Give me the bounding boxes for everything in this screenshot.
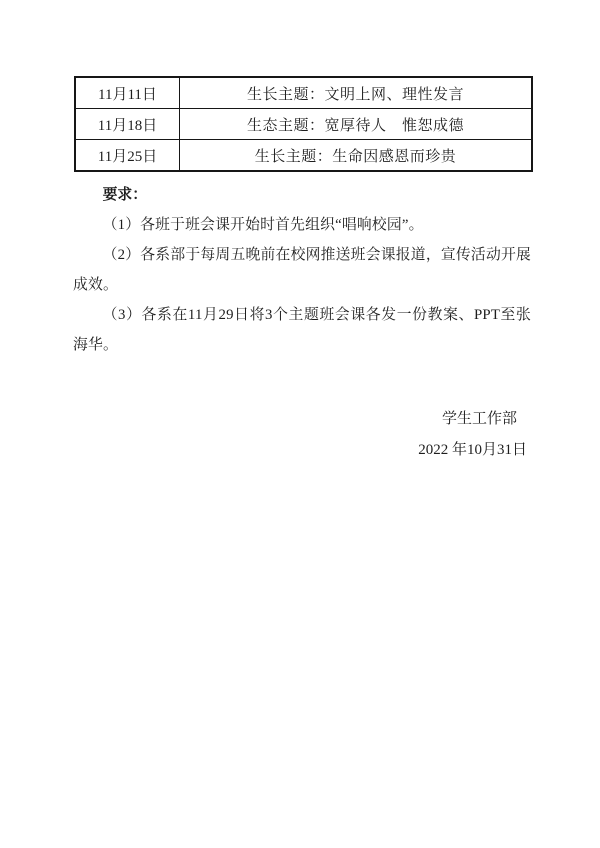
date-cell: 11月25日 xyxy=(76,140,180,170)
schedule-table: 11月11日 生长主题：文明上网、理性发言 11月18日 生态主题：宽厚待人 惟… xyxy=(74,76,533,172)
theme-cell: 生长主题：文明上网、理性发言 xyxy=(180,78,531,108)
theme-cell: 生长主题：生命因感恩而珍贵 xyxy=(180,140,531,170)
requirement-item: （1）各班于班会课开始时首先组织“唱响校园”。 xyxy=(73,210,531,240)
signature-date: 2022 年10月31日 xyxy=(418,435,527,466)
signature-block: 学生工作部 2022 年10月31日 xyxy=(418,404,527,466)
requirement-item: （2）各系部于每周五晚前在校网推送班会课报道，宣传活动开展成效。 xyxy=(73,240,531,300)
table-row: 11月11日 生长主题：文明上网、理性发言 xyxy=(76,78,531,108)
requirements-section: 要求： （1）各班于班会课开始时首先组织“唱响校园”。 （2）各系部于每周五晚前… xyxy=(73,180,531,360)
requirements-heading: 要求： xyxy=(73,180,531,210)
requirement-item: （3）各系在11月29日将3个主题班会课各发一份教案、PPT至张海华。 xyxy=(73,300,531,360)
date-cell: 11月11日 xyxy=(76,78,180,108)
table-row: 11月18日 生态主题：宽厚待人 惟恕成德 xyxy=(76,108,531,139)
theme-cell: 生态主题：宽厚待人 惟恕成德 xyxy=(180,109,531,139)
document-page: 11月11日 生长主题：文明上网、理性发言 11月18日 生态主题：宽厚待人 惟… xyxy=(0,0,600,848)
date-cell: 11月18日 xyxy=(76,109,180,139)
table-row: 11月25日 生长主题：生命因感恩而珍贵 xyxy=(76,139,531,170)
signature-department: 学生工作部 xyxy=(418,404,527,435)
